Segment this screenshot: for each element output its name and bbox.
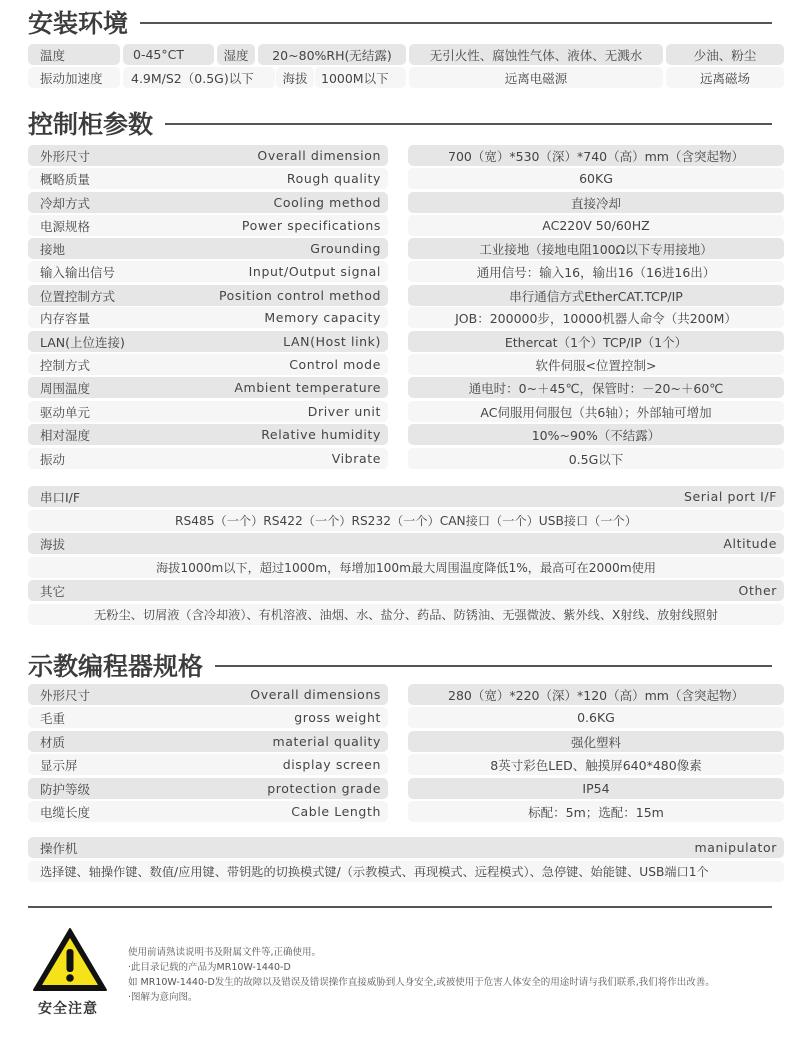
label-cn: 外形尺寸 <box>40 686 90 704</box>
label-en: Serial port I/F <box>684 489 777 504</box>
label-cn: 控制方式 <box>40 356 90 374</box>
value-text: Ethercat（1个）TCP/IP（1个） <box>505 333 687 351</box>
value-text: 通电时：0~＋45℃，保管时：－20~＋60℃ <box>469 379 724 397</box>
value-text: 串行通信方式EtherCAT.TCP/IP <box>509 287 683 305</box>
controller-row-label: 周围温度 Ambient temperature <box>28 377 388 398</box>
value-text: 0-45°CT <box>133 47 184 62</box>
label-en: Other <box>739 583 778 598</box>
controller-wide-row-value: 海拔1000m以下，超过1000m，每增加100m最大周围温度降低1%，最高可在… <box>28 557 784 578</box>
label-en: Cooling method <box>274 195 381 210</box>
controller-row-label: 概略质量 Rough quality <box>28 168 388 189</box>
label-en: display screen <box>283 757 381 772</box>
value-text: 海拔1000m以下，超过1000m，每增加100m最大周围温度降低1%，最高可在… <box>156 559 656 576</box>
value-text: 少油、粉尘 <box>694 46 757 64</box>
pendant-row-value: 280（宽）*220（深）*120（高）mm（含突起物） <box>408 684 784 705</box>
label-en: Power specifications <box>242 218 381 233</box>
install-altitude-value: 1000M以下 <box>315 67 406 88</box>
controller-row-label: 输入输出信号 Input/Output signal <box>28 261 388 282</box>
controller-row-value: 工业接地（接地电阻100Ω以下专用接地） <box>408 238 784 259</box>
label-en: Driver unit <box>308 404 381 419</box>
label-cn: 防护等级 <box>40 780 90 798</box>
controller-row-label: 控制方式 Control mode <box>28 354 388 375</box>
controller-row-value: JOB：200000步，10000机器人命令（共200M） <box>408 307 784 328</box>
label-cn: 操作机 <box>40 839 78 857</box>
section-title-text: 控制柜参数 <box>28 105 153 141</box>
install-magnetic: 远离磁场 <box>666 67 784 88</box>
pendant-row-value: 8英寸彩色LED、触摸屏640*480像素 <box>408 754 784 775</box>
controller-row-value: 软件伺服<位置控制> <box>408 354 784 375</box>
pendant-row-label: 显示屏 display screen <box>28 754 388 775</box>
label-en: Ambient temperature <box>234 380 381 395</box>
controller-wide-row-header: 海拔 Altitude <box>28 533 784 554</box>
controller-row-value: AC伺服用伺服包（共6轴）；外部轴可增加 <box>408 401 784 422</box>
label-cn: 串口I/F <box>40 488 80 506</box>
label-en: Relative humidity <box>261 427 381 442</box>
value-text: 1000M以下 <box>321 69 389 87</box>
label-cn: 电缆长度 <box>40 803 90 821</box>
label-cn: 外形尺寸 <box>40 147 90 165</box>
controller-row-value: 通电时：0~＋45℃，保管时：－20~＋60℃ <box>408 377 784 398</box>
value-text: 远离磁场 <box>700 69 750 87</box>
controller-row-value: 700（宽）*530（深）*740（高）mm（含突起物） <box>408 145 784 166</box>
controller-row-value: 10%~90%（不结露） <box>408 424 784 445</box>
value-text: RS485（一个）RS422（一个）RS232（一个）CAN接口（一个）USB接… <box>175 512 637 529</box>
label-cn: 材质 <box>40 733 65 751</box>
label-text: 温度 <box>40 46 65 64</box>
safety-label: 安全注意 <box>38 998 98 1018</box>
label-cn: 振动 <box>40 450 65 468</box>
safety-note: ·图解为意向图。 <box>128 990 715 1005</box>
value-text: 通用信号：输入16，输出16（16进16出） <box>477 263 716 281</box>
install-em-source: 远离电磁源 <box>409 67 663 88</box>
value-text: 10%~90%（不结露） <box>532 426 661 444</box>
install-humidity-label: 湿度 <box>217 44 255 65</box>
title-divider <box>165 123 772 125</box>
value-text: AC伺服用伺服包（共6轴）；外部轴可增加 <box>480 403 711 421</box>
install-temp-label: 温度 <box>28 44 120 65</box>
pendant-row-value: 强化塑料 <box>408 731 784 752</box>
label-en: Cable Length <box>291 804 381 819</box>
pendant-row-value: 0.6KG <box>408 707 784 728</box>
value-text: 远离电磁源 <box>505 69 568 87</box>
label-en: Memory capacity <box>264 310 381 325</box>
label-en: Overall dimensions <box>250 687 381 702</box>
controller-row-value: Ethercat（1个）TCP/IP（1个） <box>408 331 784 352</box>
controller-row-label: LAN(上位连接) LAN(Host link) <box>28 331 388 352</box>
controller-wide-row-header: 串口I/F Serial port I/F <box>28 486 784 507</box>
label-cn: 相对湿度 <box>40 426 90 444</box>
warning-triangle-icon <box>32 927 108 993</box>
value-text: 选择键、轴操作键、数值/应用键、带钥匙的切换模式键/（示教模式、再现模式、远程模… <box>40 863 709 880</box>
controller-wide-row-header: 其它 Other <box>28 580 784 601</box>
pendant-row-label: 毛重 gross weight <box>28 707 388 728</box>
section-title-text: 安装环境 <box>28 4 128 40</box>
safety-note: ·此目录记载的产品为MR10W-1440-D <box>128 960 715 975</box>
label-text: 振动加速度 <box>40 69 103 87</box>
label-en: Rough quality <box>287 171 381 186</box>
value-text: 0.6KG <box>577 710 615 725</box>
label-cn: 海拔 <box>40 535 65 553</box>
value-text: 标配：5m；选配：15m <box>528 803 664 821</box>
label-text: 海拔 <box>282 69 307 87</box>
value-text: 无粉尘、切屑液（含冷却液）、有机溶液、油烟、水、盐分、药品、防锈油、无强微波、紫… <box>94 606 718 623</box>
label-cn: 显示屏 <box>40 756 78 774</box>
label-cn: LAN(上位连接) <box>40 333 125 351</box>
label-en: manipulator <box>694 840 777 855</box>
value-text: 60KG <box>579 171 613 186</box>
pendant-row-label: 材质 material quality <box>28 731 388 752</box>
title-divider <box>215 665 772 667</box>
value-text: 4.9M/S2（0.5G)以下 <box>131 69 254 87</box>
label-en: LAN(Host link) <box>283 334 381 349</box>
footer-divider <box>28 906 772 908</box>
value-text: 700（宽）*530（深）*740（高）mm（含突起物） <box>448 147 744 165</box>
label-cn: 位置控制方式 <box>40 287 115 305</box>
safety-note: 使用前请熟读说明书及附属文件等,正确使用。 <box>128 945 715 960</box>
value-text: 直接冷却 <box>571 194 621 212</box>
install-altitude-label: 海拔 <box>276 67 314 88</box>
value-text: 无引火性、腐蚀性气体、液体、无溅水 <box>430 46 643 64</box>
manipulator-row-value: 选择键、轴操作键、数值/应用键、带钥匙的切换模式键/（示教模式、再现模式、远程模… <box>28 861 784 882</box>
label-en: Vibrate <box>332 451 381 466</box>
controller-wide-row-value: 无粉尘、切屑液（含冷却液）、有机溶液、油烟、水、盐分、药品、防锈油、无强微波、紫… <box>28 604 784 625</box>
safety-note: 如 MR10W-1440-D发生的故障以及错误及错误操作直接威胁到人身安全,或被… <box>128 975 715 990</box>
title-divider <box>140 22 772 24</box>
controller-row-value: 直接冷却 <box>408 192 784 213</box>
value-text: AC220V 50/60HZ <box>542 218 649 233</box>
manipulator-row-header: 操作机 manipulator <box>28 837 784 858</box>
pendant-row-value: 标配：5m；选配：15m <box>408 801 784 822</box>
controller-row-label: 内存容量 Memory capacity <box>28 307 388 328</box>
label-cn: 接地 <box>40 240 65 258</box>
value-text: 工业接地（接地电阻100Ω以下专用接地） <box>479 240 712 258</box>
install-humidity-value: 20~80%RH(无结露) <box>258 44 406 65</box>
label-cn: 电源规格 <box>40 217 90 235</box>
pendant-row-label: 电缆长度 Cable Length <box>28 801 388 822</box>
value-text: IP54 <box>582 781 609 796</box>
section-installation-title: 安装环境 <box>28 4 772 40</box>
label-cn: 周围温度 <box>40 379 90 397</box>
value-text: 0.5G以下 <box>569 450 624 468</box>
label-cn: 内存容量 <box>40 309 90 327</box>
value-text: 8英寸彩色LED、触摸屏640*480像素 <box>490 756 701 774</box>
install-temp-value: 0-45°CT <box>123 44 214 65</box>
controller-row-value: 通用信号：输入16，输出16（16进16出） <box>408 261 784 282</box>
value-text: 280（宽）*220（深）*120（高）mm（含突起物） <box>448 686 744 704</box>
value-text: 20~80%RH(无结露) <box>272 46 392 64</box>
label-en: Grounding <box>310 241 381 256</box>
controller-row-label: 电源规格 Power specifications <box>28 215 388 236</box>
label-en: Position control method <box>219 288 381 303</box>
label-cn: 驱动单元 <box>40 403 90 421</box>
label-cn: 输入输出信号 <box>40 263 115 281</box>
label-en: Input/Output signal <box>249 264 381 279</box>
pendant-row-label: 防护等级 protection grade <box>28 778 388 799</box>
safety-notes: 使用前请熟读说明书及附属文件等,正确使用。 ·此目录记载的产品为MR10W-14… <box>128 945 715 1005</box>
install-oil-dust: 少油、粉尘 <box>666 44 784 65</box>
controller-row-label: 接地 Grounding <box>28 238 388 259</box>
label-cn: 概略质量 <box>40 170 90 188</box>
label-en: Control mode <box>289 357 381 372</box>
install-env-condition: 无引火性、腐蚀性气体、液体、无溅水 <box>409 44 663 65</box>
label-cn: 毛重 <box>40 709 65 727</box>
value-text: 软件伺服<位置控制> <box>536 356 657 374</box>
controller-row-label: 位置控制方式 Position control method <box>28 285 388 306</box>
install-vibration-value: 4.9M/S2（0.5G)以下 <box>123 67 275 88</box>
controller-row-label: 外形尺寸 Overall dimension <box>28 145 388 166</box>
pendant-row-value: IP54 <box>408 778 784 799</box>
section-controller-title: 控制柜参数 <box>28 105 772 141</box>
controller-row-value: AC220V 50/60HZ <box>408 215 784 236</box>
label-en: Overall dimension <box>257 148 381 163</box>
controller-row-value: 60KG <box>408 168 784 189</box>
install-vibration-label: 振动加速度 <box>28 67 120 88</box>
label-cn: 冷却方式 <box>40 194 90 212</box>
controller-row-value: 0.5G以下 <box>408 448 784 469</box>
controller-row-label: 驱动单元 Driver unit <box>28 401 388 422</box>
controller-row-label: 冷却方式 Cooling method <box>28 192 388 213</box>
pendant-row-label: 外形尺寸 Overall dimensions <box>28 684 388 705</box>
section-title-text: 示教编程器规格 <box>28 647 203 683</box>
controller-row-label: 相对湿度 Relative humidity <box>28 424 388 445</box>
label-en: material quality <box>272 734 381 749</box>
label-en: gross weight <box>294 710 381 725</box>
label-en: protection grade <box>267 781 381 796</box>
value-text: 强化塑料 <box>571 733 621 751</box>
label-cn: 其它 <box>40 582 65 600</box>
label-en: Altitude <box>723 536 777 551</box>
controller-wide-row-value: RS485（一个）RS422（一个）RS232（一个）CAN接口（一个）USB接… <box>28 510 784 531</box>
controller-row-value: 串行通信方式EtherCAT.TCP/IP <box>408 285 784 306</box>
controller-row-label: 振动 Vibrate <box>28 448 388 469</box>
section-pendant-title: 示教编程器规格 <box>28 647 772 683</box>
label-text: 湿度 <box>223 46 248 64</box>
value-text: JOB：200000步，10000机器人命令（共200M） <box>455 309 737 327</box>
